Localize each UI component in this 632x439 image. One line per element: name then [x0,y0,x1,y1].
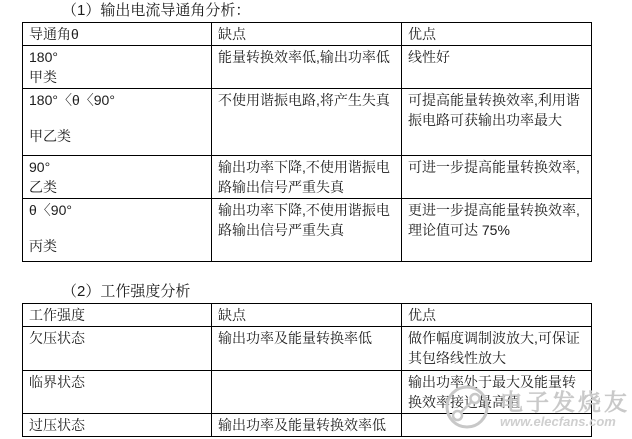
cell-pros: 更进一步提高能量转换效率,理论值可达 75% [402,199,592,262]
cell-state: 临界状态 [23,371,212,414]
cell-state: 过压状态 [23,414,212,437]
cell-cons: 输出功率及能量转换率低 [212,327,402,371]
angle-value: 90° [29,157,206,177]
section2-title: （2）工作强度分析 [62,283,632,301]
header-conduction-angle: 导通角θ [23,23,212,46]
cell-angle: 180°〈θ〈90° 甲乙类 [23,89,212,156]
angle-value: 180° [29,47,206,67]
cell-state: 欠压状态 [23,327,212,371]
cell-angle: 180° 甲类 [23,46,212,89]
cell-angle: 90° 乙类 [23,156,212,199]
cell-angle: θ〈90° 丙类 [23,199,212,262]
header-pros: 优点 [402,23,592,46]
cell-pros: 线性好 [402,46,592,89]
header-working-intensity: 工作强度 [23,304,212,327]
cell-cons: 输出功率下降,不使用谐振电路输出信号严重失真 [212,156,402,199]
table-header-row: 导通角θ 缺点 优点 [23,23,592,46]
table-row: 欠压状态 输出功率及能量转换率低 做作幅度调制波放大,可保证其包络线性放大 [23,327,592,371]
cell-cons: 输出功率下降,不使用谐振电路输出信号严重失真 [212,199,402,262]
cell-cons: 输出功率及能量转换效率低 [212,414,402,437]
cell-cons: 能量转换效率低,输出功率低 [212,46,402,89]
table-row: 90° 乙类 输出功率下降,不使用谐振电路输出信号严重失真 可进一步提高能量转换… [23,156,592,199]
table-row: 临界状态 输出功率处于最大及能量转换效率接近最高值 [23,371,592,414]
table-row: 过压状态 输出功率及能量转换效率低 [23,414,592,437]
cell-pros [402,414,592,437]
working-intensity-table: 工作强度 缺点 优点 欠压状态 输出功率及能量转换率低 做作幅度调制波放大,可保… [22,303,592,437]
class-label: 乙类 [29,177,206,197]
cell-pros: 可提高能量转换效率,利用谐振电路可获输出功率最大 [402,89,592,156]
cell-pros: 可进一步提高能量转换效率, [402,156,592,199]
cell-cons [212,371,402,414]
cell-cons: 不使用谐振电路,将产生失真 [212,89,402,156]
cell-pros: 输出功率处于最大及能量转换效率接近最高值 [402,371,592,414]
angle-value: θ〈90° [29,200,206,220]
table-header-row: 工作强度 缺点 优点 [23,304,592,327]
cell-pros: 做作幅度调制波放大,可保证其包络线性放大 [402,327,592,371]
class-label: 丙类 [29,236,206,256]
angle-value: 180°〈θ〈90° [29,90,206,110]
document-page: （1）输出电流导通角分析： 导通角θ 缺点 优点 180° 甲类 能量转换效率低… [0,0,632,439]
table-row: 180°〈θ〈90° 甲乙类 不使用谐振电路,将产生失真 可提高能量转换效率,利… [23,89,592,156]
header-cons: 缺点 [212,23,402,46]
class-label: 甲乙类 [29,126,206,146]
table-row: 180° 甲类 能量转换效率低,输出功率低 线性好 [23,46,592,89]
header-cons: 缺点 [212,304,402,327]
conduction-angle-table: 导通角θ 缺点 优点 180° 甲类 能量转换效率低,输出功率低 线性好 180… [22,22,592,262]
header-pros: 优点 [402,304,592,327]
section1-title: （1）输出电流导通角分析： [62,0,632,20]
class-label: 甲类 [29,67,206,87]
table-row: θ〈90° 丙类 输出功率下降,不使用谐振电路输出信号严重失真 更进一步提高能量… [23,199,592,262]
